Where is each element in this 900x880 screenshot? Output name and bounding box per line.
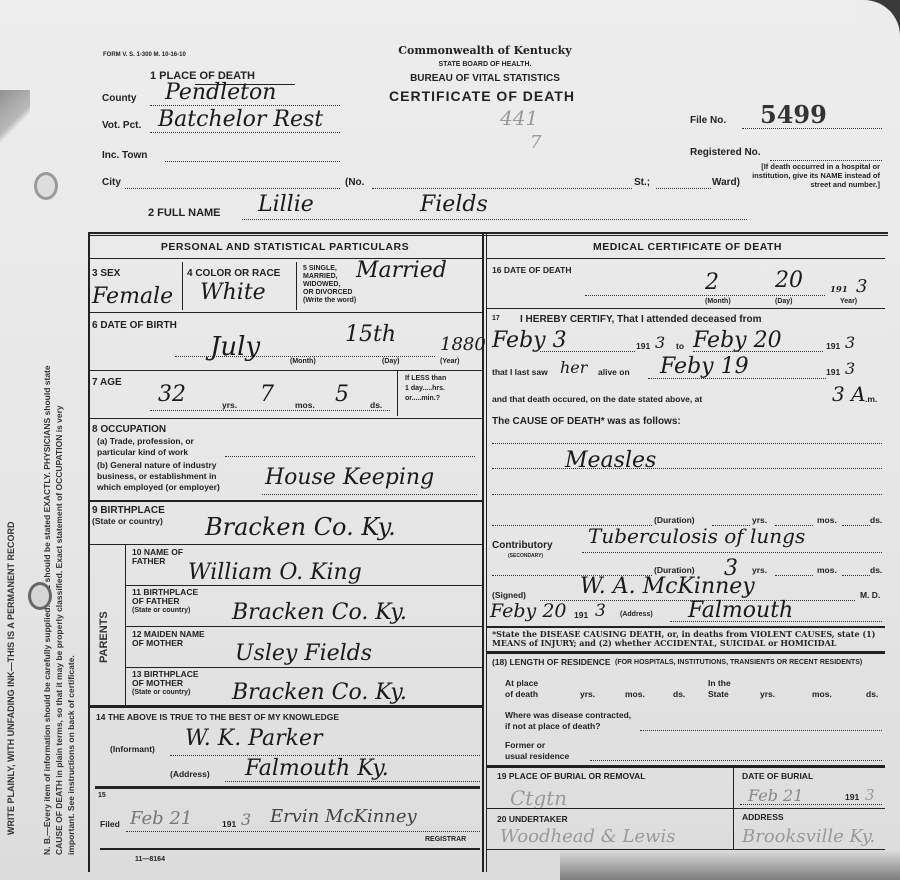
rule (88, 232, 90, 872)
age-label: 7 AGE (92, 377, 122, 388)
hospital-note: [If death occurred in a hospital or inst… (745, 162, 880, 189)
rule (88, 232, 888, 234)
rule (95, 786, 480, 789)
rule (100, 848, 480, 850)
commonwealth-title: Commonwealth of Kentucky (395, 44, 575, 57)
informant-label: (Informant) (110, 744, 155, 754)
father-name-label: 10 NAME OF FATHER (132, 548, 183, 566)
undertaker-label: 20 UNDERTAKER (497, 814, 568, 824)
month-caption: (Month) (290, 358, 316, 365)
physician-signature: W. A. McKinney (580, 574, 755, 599)
contributory-label: Contributory (492, 540, 553, 551)
occupation-label: 8 OCCUPATION (92, 424, 166, 435)
street-no-label: (No. (345, 177, 364, 188)
contracted-label: Where was disease contracted, if not at … (505, 710, 631, 732)
dob-line (175, 356, 435, 357)
side-margin: WRITE PLAINLY, WITH UNFADING INK—THIS IS… (0, 0, 86, 880)
informant-address-line (225, 781, 480, 782)
inc-town-label: Inc. Town (102, 150, 147, 161)
side-margin-line-4: important. See instructions on back of c… (66, 655, 76, 855)
vot-pct-line (150, 132, 340, 133)
burial-date-label: DATE OF BURIAL (742, 771, 813, 781)
dob-year: 1880 (440, 334, 486, 355)
rule (126, 667, 482, 668)
certify-text: I HEREBY CERTIFY, That I attended deceas… (520, 314, 762, 325)
dod-year-caption: Year) (840, 298, 857, 305)
at-place-ds: ds. (673, 689, 685, 699)
signed-date: Feby 20 (490, 600, 567, 622)
rule (182, 262, 183, 310)
informant-name: W. K. Parker (185, 726, 323, 751)
dob-month: July (210, 332, 260, 362)
filing-number: 15 (98, 792, 106, 799)
rule (126, 585, 482, 586)
certify-number: 17 (492, 315, 500, 322)
primary-mos-caption: mos. (817, 515, 837, 525)
occupation-b-line: which employed (or employer) (97, 482, 220, 493)
dod-line (585, 295, 825, 296)
father-birthplace-label-line: OF FATHER (132, 597, 198, 606)
full-name-line (242, 219, 747, 220)
rule (90, 312, 482, 313)
rule (397, 370, 398, 416)
residence-heading: (18) LENGTH OF RESIDENCE (492, 657, 611, 667)
residence-heading-sub: (FOR HOSPITALS, INSTITUTIONS, TRANSIENTS… (615, 658, 885, 667)
father-birthplace-label: 11 BIRTHPLACE OF FATHER (State or countr… (132, 588, 198, 615)
burial-year-prefix: 191 (845, 792, 859, 802)
dob-label: 6 DATE OF BIRTH (92, 320, 177, 331)
cause-heading: The CAUSE OF DEATH* was as follows: (492, 416, 681, 427)
filed-year-prefix: 191 (222, 819, 236, 829)
rule (487, 765, 885, 768)
footer-code: 11—8164 (135, 856, 165, 863)
street-line (372, 188, 632, 189)
registrar-name: Ervin McKinney (270, 806, 417, 827)
attended-from-year-prefix: 191 (636, 341, 650, 351)
rule (487, 651, 885, 654)
death-time-text: and that death occured, on the date stat… (492, 394, 702, 404)
cause-line (492, 468, 882, 469)
birthplace-label: 9 BIRTHPLACE (State or country) (92, 506, 165, 526)
marital-label-line: (Write the word) (303, 297, 356, 305)
mother-birthplace-label: 13 BIRTHPLACE OF MOTHER (State or countr… (132, 670, 199, 697)
secondary-label: (SECONDARY) (508, 553, 543, 559)
filed-line (126, 831, 480, 832)
at-place-yrs: yrs. (580, 689, 595, 699)
cause-footnote: *State the DISEASE CAUSING DEATH, or, in… (492, 630, 882, 648)
dod-month-caption: (Month) (705, 298, 731, 305)
signed-year-suffix: 3 (595, 601, 606, 621)
bureau-title: BUREAU OF VITAL STATISTICS (375, 73, 595, 84)
paper-shadow (560, 850, 900, 880)
rule (486, 232, 487, 872)
dod-year-prefix: 191 (830, 285, 848, 295)
occupation-a-line: particular kind of work (97, 447, 194, 458)
rule (90, 500, 482, 502)
physician-address-label: (Address) (620, 611, 653, 618)
registered-no-label: Registered No. (690, 147, 761, 158)
less-than-day: If LESS than 1 day.....hrs. or.....min.? (405, 374, 446, 404)
marital-label: 5 SINGLE, MARRIED, WIDOWED, OR DIVORCED … (303, 265, 356, 305)
registered-no-line (770, 160, 882, 161)
dod-label: 16 DATE OF DEATH (492, 265, 572, 275)
less-than-day-line: If LESS than (405, 374, 446, 384)
margin-note-stamp: 441 (500, 106, 538, 130)
burial-place-label: 19 PLACE OF BURIAL OR REMOVAL (497, 771, 645, 781)
age-yrs-caption: yrs. (222, 400, 237, 410)
death-certificate: WRITE PLAINLY, WITH UNFADING INK—THIS IS… (0, 0, 900, 880)
vot-pct-value: Batchelor Rest (158, 107, 323, 132)
rule (88, 235, 888, 236)
dod-day-caption: (Day) (775, 298, 793, 305)
occupation-b-label: (b) General nature of industry business,… (97, 460, 220, 493)
vot-pct-label: Vot. Pct. (102, 120, 141, 131)
undertaker-address-label: ADDRESS (742, 812, 784, 822)
sex-value: Female (92, 284, 173, 309)
file-no: 5499 (760, 100, 827, 129)
age-days: 5 (335, 382, 349, 407)
father-birthplace: Bracken Co. Ky. (232, 600, 407, 625)
street-st-label: St.; (634, 177, 650, 188)
race-value: White (200, 280, 266, 305)
age-ds-caption: ds. (370, 400, 382, 410)
informant-address-label: (Address) (170, 769, 210, 779)
age-months: 7 (260, 382, 274, 407)
father-birthplace-label-line: (State or country) (132, 606, 198, 615)
burial-date-line (740, 804, 882, 805)
file-no-label: File No. (690, 115, 726, 126)
at-place-mos: mos. (625, 689, 645, 699)
mother-name: Usley Fields (235, 641, 372, 666)
rule (487, 626, 885, 628)
inc-town-line (165, 161, 340, 162)
side-margin-line-3: CAUSE OF DEATH in plain terms, so that i… (54, 405, 64, 855)
informant-heading: 14 THE ABOVE IS TRUE TO THE BEST OF MY K… (96, 712, 339, 722)
occupation-b-line-fill (262, 494, 477, 495)
mother-name-label-line: OF MOTHER (132, 639, 205, 648)
at-place-label-line: At place (505, 678, 538, 689)
death-time: 3 A (832, 382, 866, 406)
alive-on-text: alive on (598, 367, 630, 377)
sex-label: 3 SEX (92, 268, 120, 279)
cause-value: Measles (565, 448, 656, 473)
dob-day: 15th (345, 322, 396, 347)
contributory-ds-line (842, 575, 870, 576)
contributory-mos-line (775, 575, 813, 576)
last-saw-pronoun: her (560, 358, 587, 377)
marital-label-line: 5 SINGLE, (303, 265, 356, 273)
county-line (150, 105, 340, 106)
marital-label-line: MARRIED, (303, 273, 356, 281)
attended-from-year-suffix: 3 (655, 333, 665, 352)
father-name: William O. King (188, 560, 362, 585)
side-margin-line-2: N. B.—Every item of information should b… (42, 365, 52, 855)
ward-line (656, 188, 711, 189)
occupation-a-line: (a) Trade, profession, or (97, 436, 194, 447)
filed-date: Feb 21 (130, 808, 192, 829)
in-state-label-line: In the (708, 678, 731, 689)
rule (125, 544, 126, 706)
last-saw-year-prefix: 191 (826, 367, 840, 377)
certificate-title: CERTIFICATE OF DEATH (362, 88, 602, 104)
signed-year-prefix: 191 (574, 610, 588, 620)
rule (482, 232, 484, 872)
city-label: City (102, 177, 121, 188)
parents-label: PARENTS (98, 611, 110, 663)
dod-day: 20 (775, 268, 803, 293)
cause-line (492, 494, 882, 495)
last-saw-line (648, 378, 826, 379)
form-code: FORM V. S. 1-300 M. 10-16-10 (103, 52, 186, 58)
first-name: Lillie (258, 192, 314, 217)
burial-date: Feb 21 (748, 786, 803, 805)
rule (126, 626, 482, 627)
attended-from-line (540, 351, 635, 352)
contributory-value: Tuberculosis of lungs (588, 524, 805, 548)
age-years: 32 (158, 382, 186, 407)
filed-label: Filed (100, 819, 120, 829)
race-label: 4 COLOR OR RACE (187, 268, 280, 279)
contributory-mos-caption: mos. (817, 565, 837, 575)
full-name-label: 2 FULL NAME (148, 207, 221, 219)
occupation-b-line: business, or establishment in (97, 471, 220, 482)
paper-corner (860, 0, 900, 40)
former-residence-line (590, 760, 882, 761)
occupation-a-label: (a) Trade, profession, or particular kin… (97, 436, 194, 458)
county-label: County (102, 93, 136, 104)
last-saw-date: Feby 19 (660, 354, 749, 379)
medical-section-title: MEDICAL CERTIFICATE OF DEATH (490, 241, 885, 253)
filed-year-suffix: 3 (241, 810, 251, 829)
birthplace-value: Bracken Co. Ky. (205, 513, 396, 541)
rule (296, 262, 297, 310)
marital-label-line: OR DIVORCED (303, 289, 356, 297)
in-state-ds: ds. (866, 689, 878, 699)
former-residence-label-line: Former or (505, 740, 569, 751)
contracted-label-line: if not at place of death? (505, 721, 631, 732)
contributory-ds-caption: ds. (870, 565, 882, 575)
day-caption: (Day) (382, 358, 400, 365)
in-state-label-line: State (708, 689, 731, 700)
last-saw-text: that I last saw (492, 367, 548, 377)
rule (90, 544, 482, 545)
file-no-line (742, 128, 882, 129)
dod-year-suffix: 3 (856, 276, 867, 297)
undertaker-name: Woodhead & Lewis (500, 826, 675, 847)
dod-month: 2 (705, 270, 719, 295)
burial-year-suffix: 3 (865, 786, 875, 804)
rule (487, 808, 885, 809)
rule (90, 418, 482, 419)
burial-place: Ctgtn (510, 786, 567, 810)
contributory-line (582, 552, 882, 553)
father-name-label-line: FATHER (132, 557, 183, 566)
city-line (125, 188, 340, 189)
board-title: STATE BOARD OF HEALTH. (395, 61, 575, 68)
ward-label: Ward) (712, 177, 740, 188)
side-margin-line-1: WRITE PLAINLY, WITH UNFADING INK—THIS IS… (6, 521, 16, 835)
attended-to-year-suffix: 3 (845, 333, 855, 352)
in-state-label: In the State (708, 678, 731, 700)
less-than-day-line: 1 day.....hrs. (405, 384, 446, 394)
margin-note-mark: 7 (530, 132, 541, 153)
punch-hole (34, 172, 58, 200)
death-time-suffix: .m. (865, 394, 877, 404)
last-name: Fields (420, 192, 488, 217)
mother-name-label: 12 MAIDEN NAME OF MOTHER (132, 630, 205, 648)
contracted-label-line: Where was disease contracted, (505, 710, 631, 721)
informant-address: Falmouth Ky. (245, 756, 389, 781)
attended-to-line (693, 351, 823, 352)
at-place-label: At place of death (505, 678, 538, 700)
clip-mark (0, 90, 30, 150)
age-line (150, 410, 390, 411)
undertaker-address: Brooksville Ky. (742, 826, 875, 847)
punch-hole (28, 582, 52, 610)
physician-address: Falmouth (688, 598, 793, 623)
signed-label: (Signed) (492, 590, 526, 600)
rule (487, 258, 885, 259)
rule (90, 370, 482, 371)
primary-ds-caption: ds. (870, 515, 882, 525)
rule (487, 308, 885, 309)
at-place-label-line: of death (505, 689, 538, 700)
rule (90, 705, 482, 708)
mother-birthplace-label-line: OF MOTHER (132, 679, 199, 688)
marital-label-line: WIDOWED, (303, 281, 356, 289)
mother-birthplace-label-line: (State or country) (132, 688, 199, 697)
marital-value: Married (356, 258, 447, 283)
attended-to: Feby 20 (693, 328, 782, 353)
md-label: M. D. (860, 590, 880, 600)
in-state-mos: mos. (812, 689, 832, 699)
attended-to-year-prefix: 191 (826, 341, 840, 351)
in-state-yrs: yrs. (760, 689, 775, 699)
year-caption: (Year) (440, 358, 459, 365)
last-saw-year-suffix: 3 (845, 359, 855, 378)
occupation-b-value: House Keeping (265, 465, 434, 490)
birthplace-label-line: 9 BIRTHPLACE (92, 506, 165, 516)
former-residence-label: Former or usual residence (505, 740, 569, 762)
contracted-line (640, 730, 882, 731)
cause-line (492, 443, 882, 444)
occupation-b-line: (b) General nature of industry (97, 460, 220, 471)
registrar-label: REGISTRAR (425, 836, 466, 843)
occupation-a-line-fill (225, 456, 475, 457)
mother-birthplace: Bracken Co. Ky. (232, 680, 407, 705)
county-value: Pendleton (165, 80, 276, 105)
primary-ds-line (842, 525, 870, 526)
rule (487, 849, 885, 850)
personal-section-title: PERSONAL AND STATISTICAL PARTICULARS (95, 241, 475, 253)
physician-address-line (670, 621, 882, 622)
attended-to-label: to (676, 341, 684, 351)
attended-from: Feby 3 (492, 328, 567, 353)
less-than-day-line: or.....min.? (405, 394, 446, 404)
former-residence-label-line: usual residence (505, 751, 569, 762)
age-mos-caption: mos. (295, 400, 315, 410)
birthplace-label-line: (State or country) (92, 516, 165, 526)
